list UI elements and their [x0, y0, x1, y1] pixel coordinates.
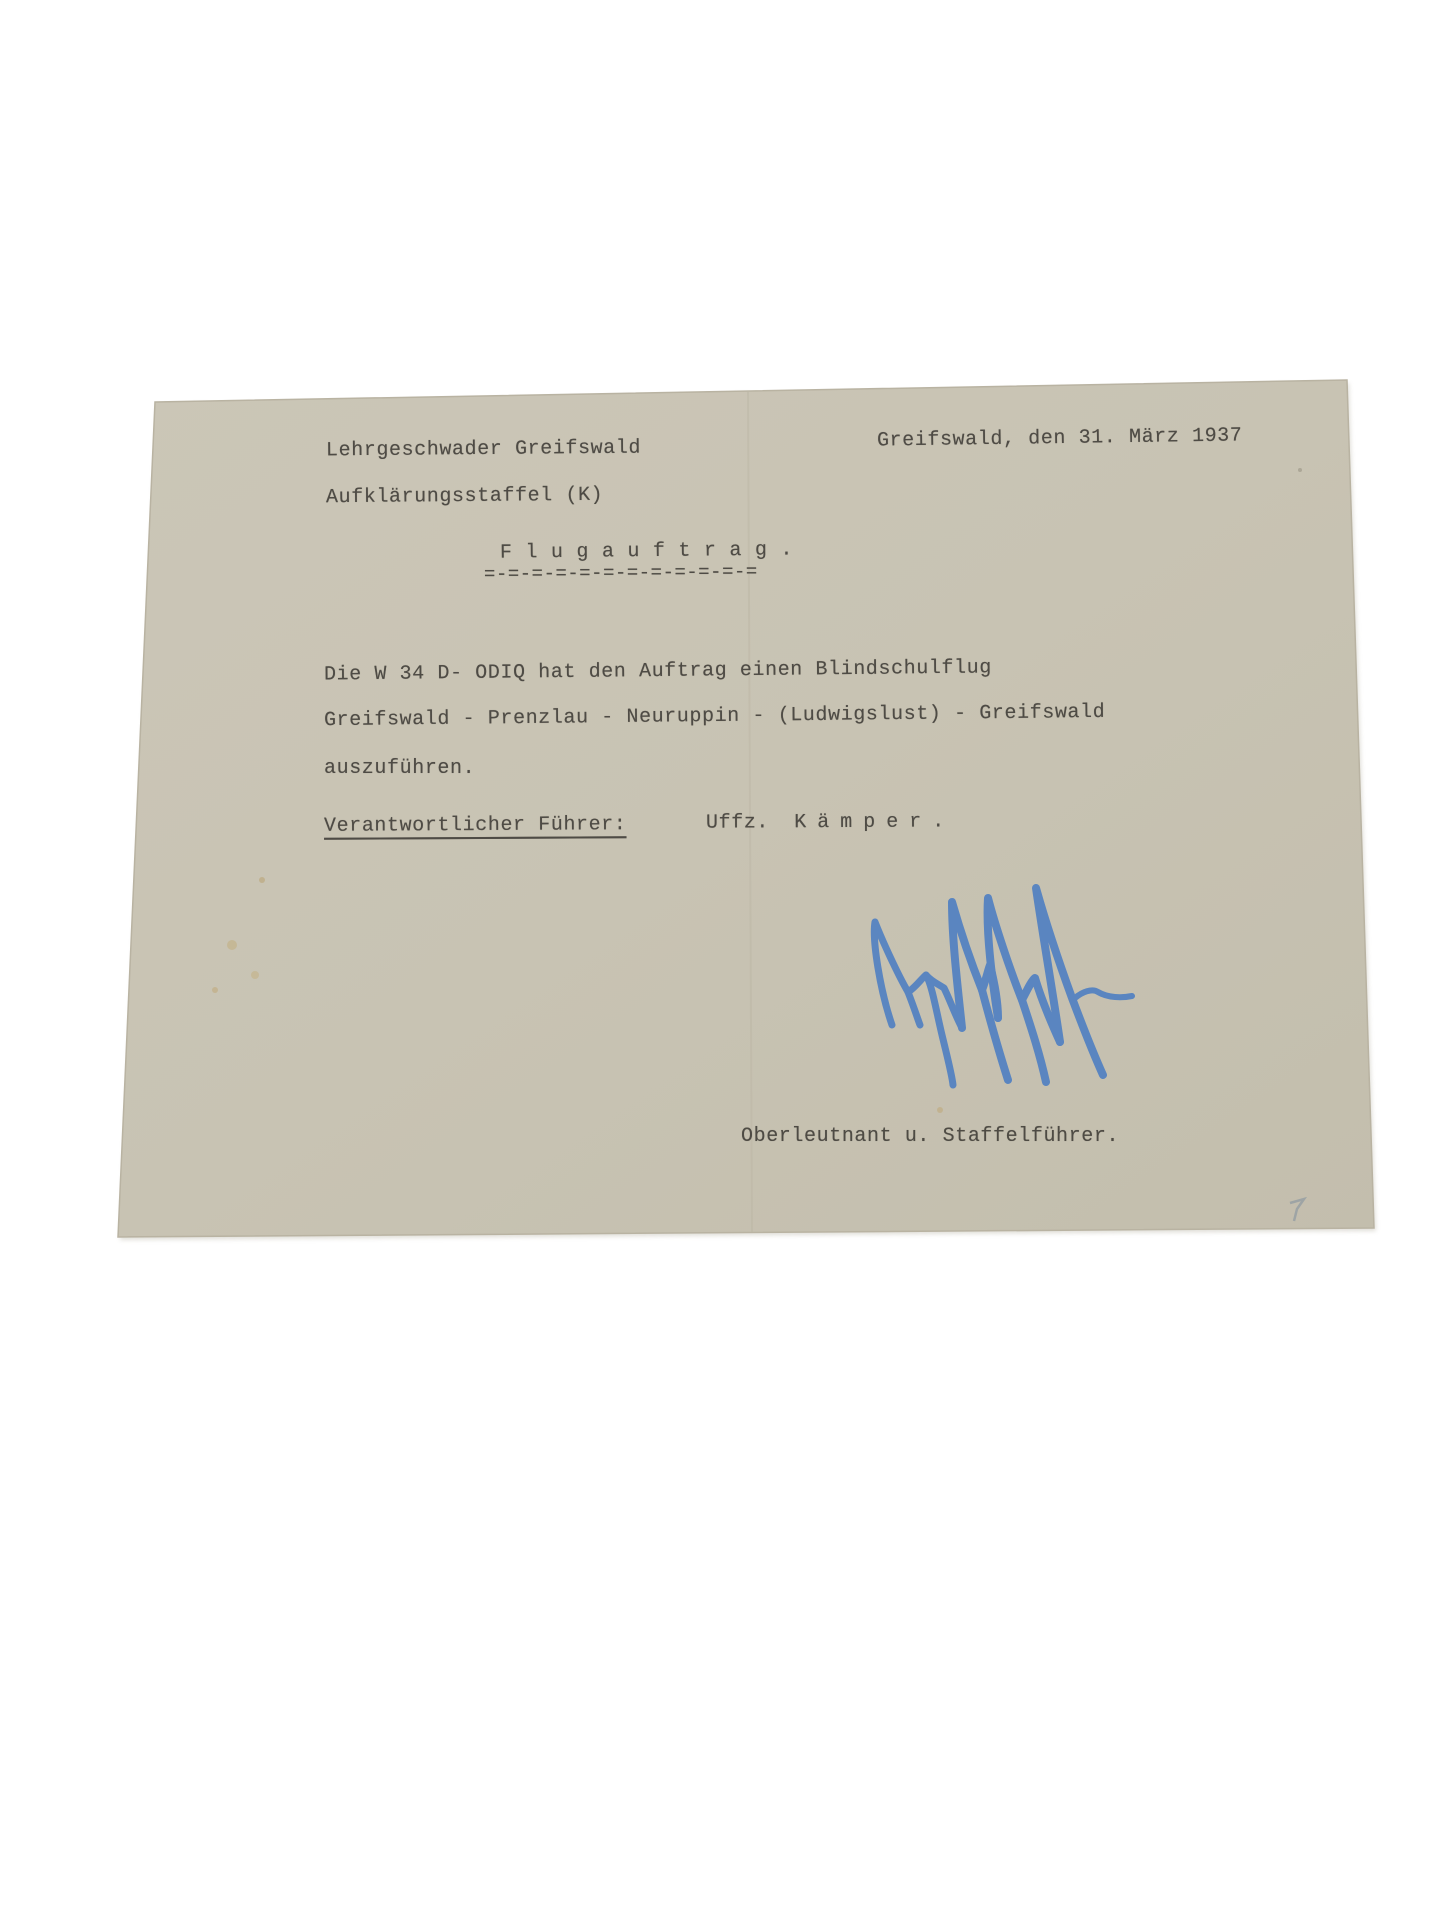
responsible-pilot-label: Verantwortlicher Führer:: [324, 813, 627, 838]
sender-unit: Lehrgeschwader Greifswald: [326, 437, 641, 463]
responsible-pilot-rank: Uffz.: [706, 811, 769, 834]
body-line-route: Greifswald - Prenzlau - Neuruppin - (Lud…: [324, 701, 1106, 732]
title-underline-rule: =-=-=-=-=-=-=-=-=-=-=-=: [484, 561, 758, 586]
sender-squadron: Aufklärungsstaffel (K): [326, 484, 603, 509]
signatory-title: Oberleutnant u. Staffelführer.: [741, 1125, 1119, 1148]
flight-order-document: Lehrgeschwader Greifswald Aufklärungssta…: [0, 0, 1440, 1920]
body-line-execute: auszuführen.: [324, 757, 475, 780]
responsible-pilot: Uffz. Kämper.: [706, 810, 955, 834]
place-and-date: Greifswald, den 31. März 1937: [877, 424, 1243, 452]
responsible-pilot-name: Kämper.: [794, 810, 955, 834]
signature-scribble: [860, 870, 1150, 1110]
body-line-aircraft-order: Die W 34 D- ODIQ hat den Auftrag einen B…: [324, 657, 992, 687]
